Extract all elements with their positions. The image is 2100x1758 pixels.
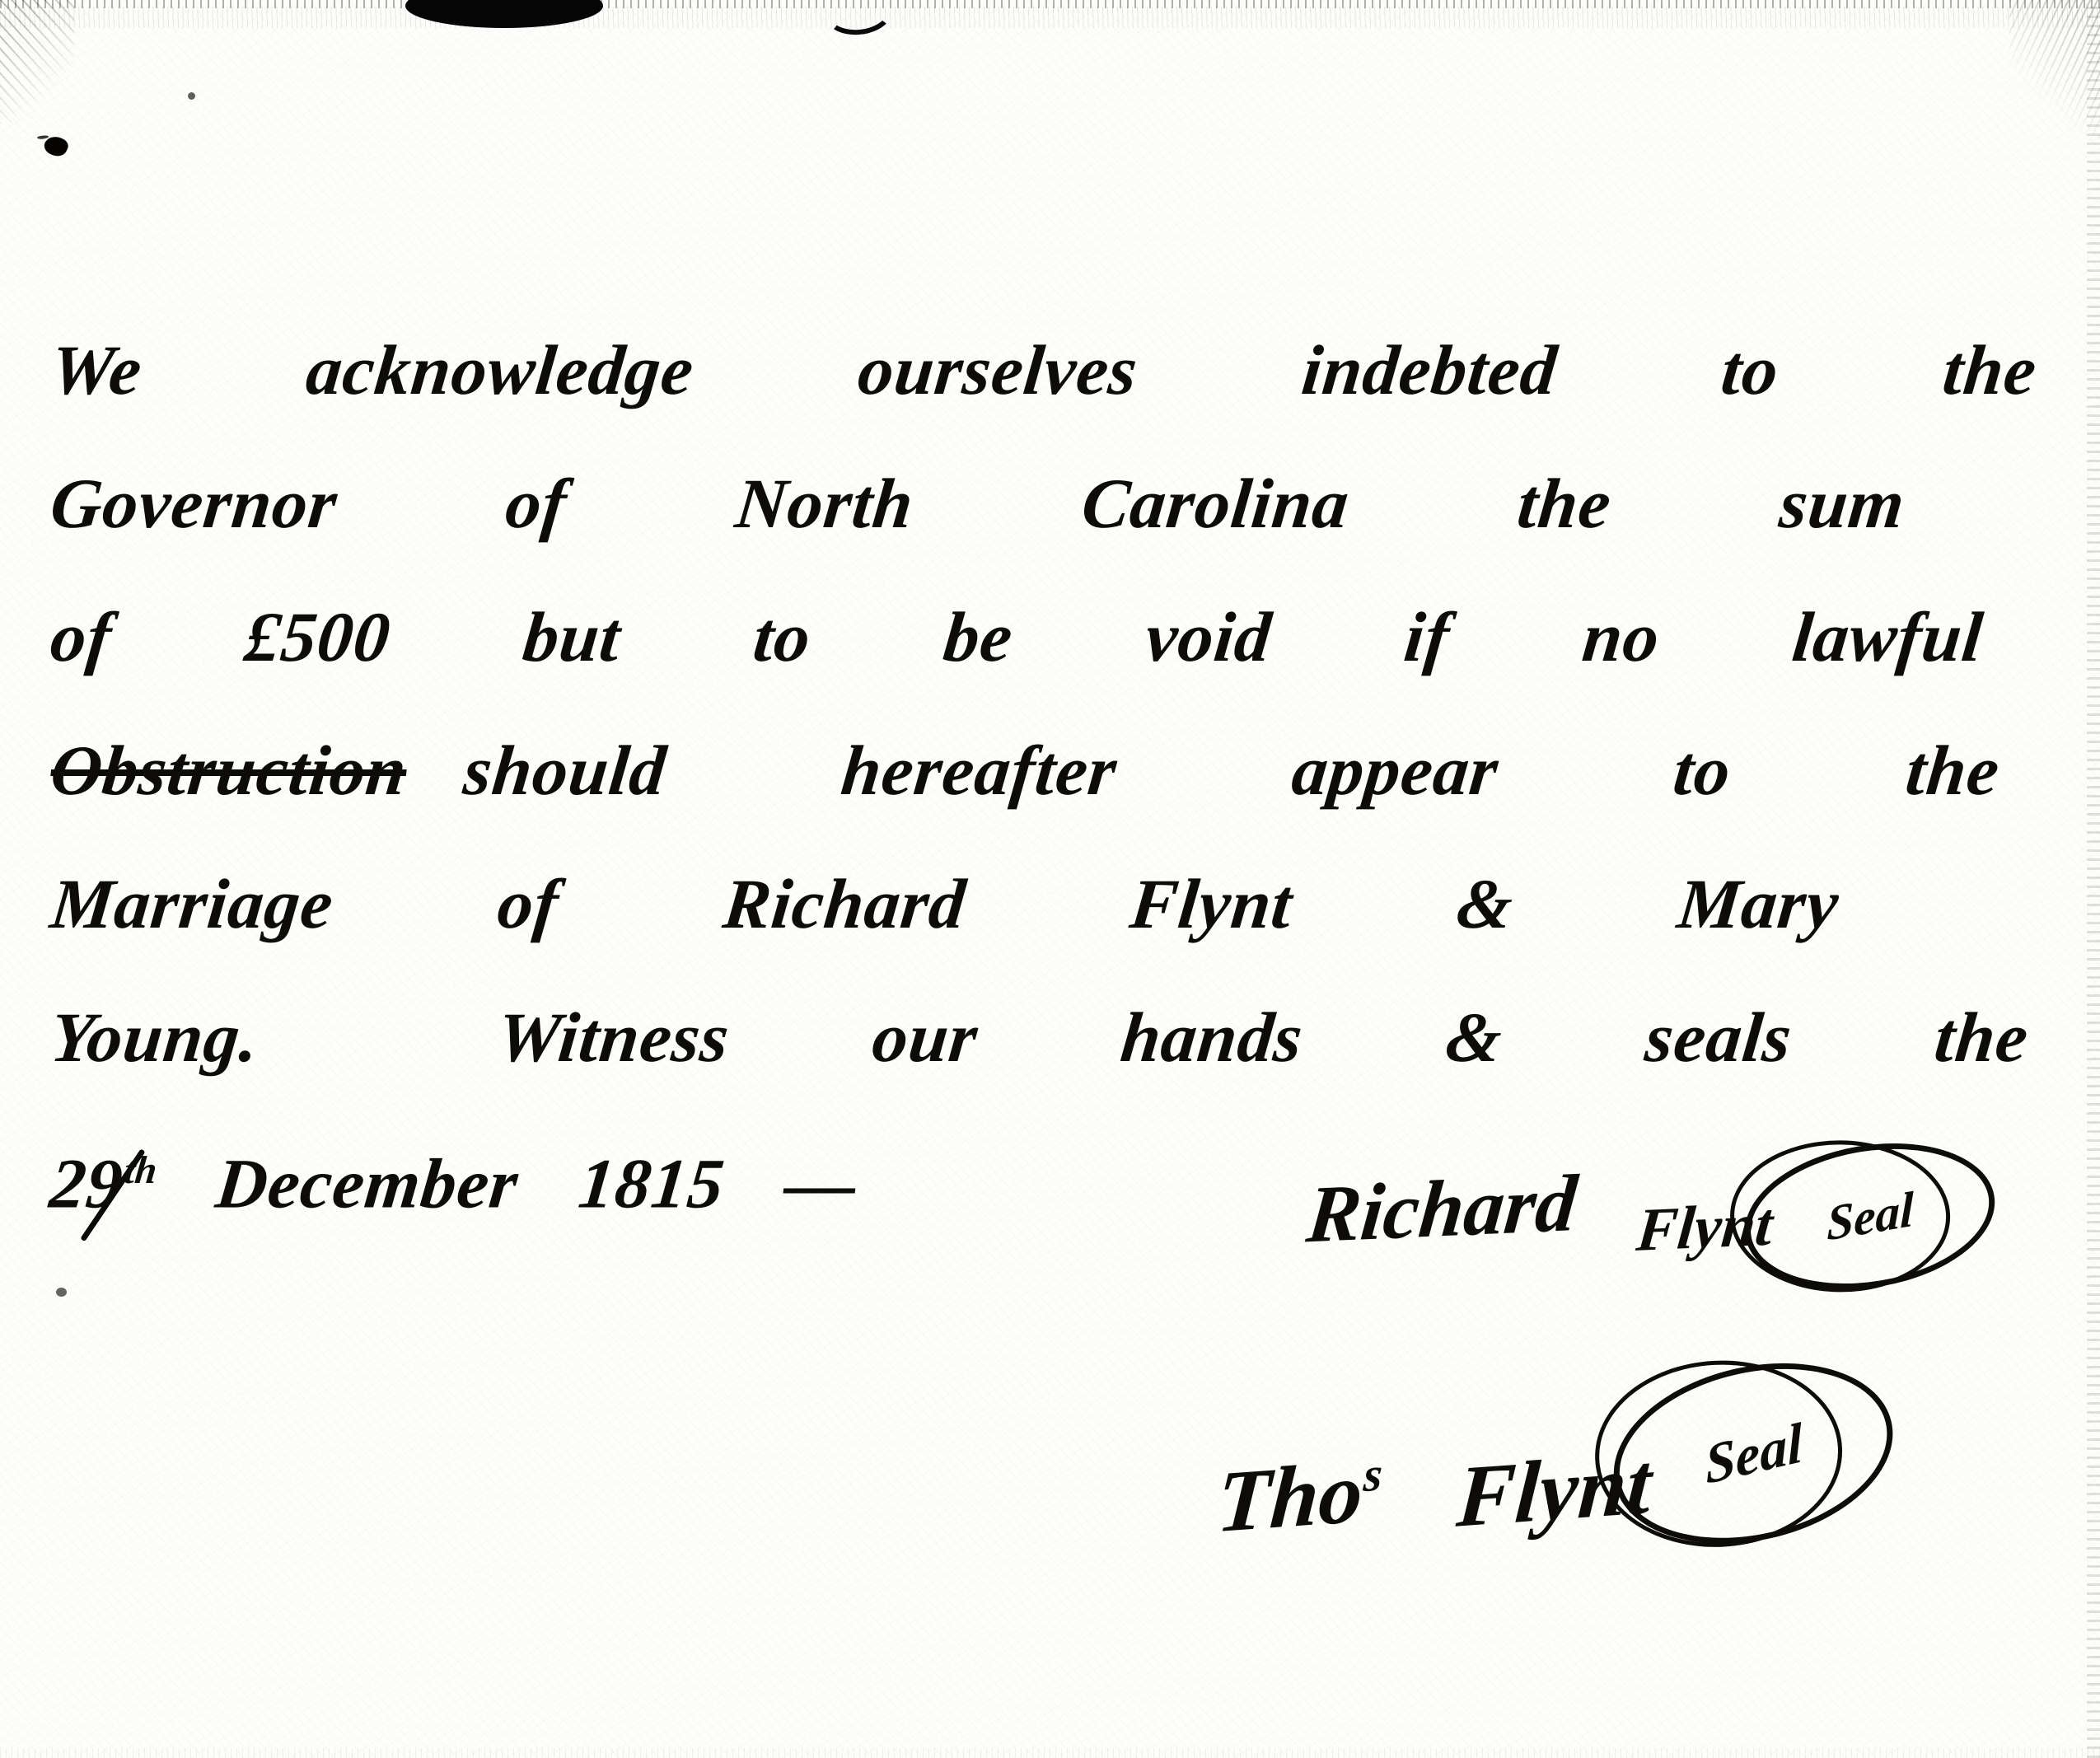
signature-first-name: Richard [1303, 1163, 1580, 1256]
stray-ink-dot [56, 1288, 67, 1297]
seal-word: Seal [1826, 1181, 1914, 1253]
scan-artifact-arc-mark [821, 0, 895, 38]
signature-first-name: Thos [1214, 1447, 1384, 1547]
scan-artifact-top-edge-fade [0, 7, 2100, 28]
date-day: 29 [46, 1144, 127, 1223]
bond-line-2: Governor of North Carolina the sum [44, 437, 1911, 570]
signature-thomas-flynt: Thos Flynt Seal [1214, 1411, 1901, 1577]
signature-richard-flynt: Richard Flynt Seal [1306, 1145, 1999, 1311]
date-rest: December 1815 — [213, 1144, 861, 1223]
bond-line-6-witness: Witness our hands & seals the [491, 970, 2036, 1104]
ink-speck [188, 92, 195, 100]
seal-word: Seal [1703, 1410, 1803, 1498]
bond-line-4: Obstruction should hereafter appear to t… [44, 704, 2006, 837]
bond-line-6: Young. Witness our hands & seals the [44, 970, 2035, 1104]
bond-line-6-young: Young. [44, 970, 265, 1104]
bond-text: We acknowledge ourselves indebted to the… [51, 303, 2045, 1251]
obstruction-struck-word: Obstruction [44, 704, 414, 837]
signature-first-name-superscript: s [1362, 1447, 1384, 1502]
scan-artifact-right-edge [2087, 0, 2100, 1758]
bond-line-4-rest: should hereafter appear to the [457, 704, 2006, 837]
signature-first-name-prefix: Tho [1214, 1443, 1367, 1550]
ink-blot [42, 133, 71, 159]
date-ordinal: th [122, 1149, 159, 1192]
bond-line-1: We acknowledge ourselves indebted to the [44, 303, 2043, 437]
seal-flourish: Seal [1596, 1337, 1911, 1569]
scan-artifact-bottom-edge [0, 1748, 2100, 1758]
bond-line-3: of £500 but to be void if no lawful [44, 570, 1990, 704]
bond-line-5: Marriage of Richard Flynt & Mary [44, 837, 1845, 970]
scanned-document-page: We acknowledge ourselves indebted to the… [0, 0, 2100, 1758]
scan-artifact-top-left-corner [0, 0, 74, 124]
